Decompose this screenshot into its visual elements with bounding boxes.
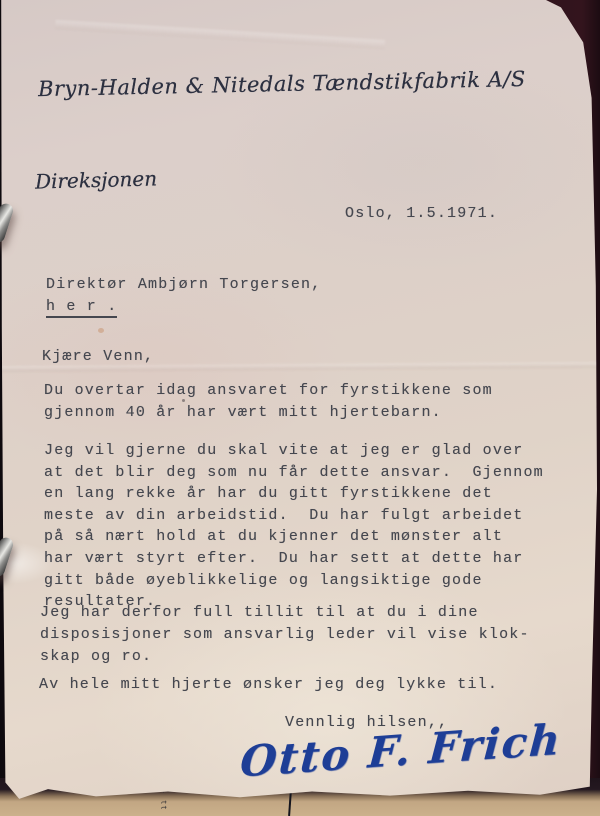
letter-paper: Bryn-Halden & Nitedals Tændstikfabrik A/…: [0, 0, 600, 816]
body-paragraph-1: Du overtar idag ansvaret for fyrstikkene…: [44, 380, 493, 424]
body-paragraph-4: Av hele mitt hjerte ønsker jeg deg lykke…: [39, 674, 498, 696]
photo-of-letter: x- tt Bryn-Halden & Nitedals Tændstikfab…: [0, 0, 600, 816]
body-paragraph-3: Jeg har derfor full tillit til at du i d…: [40, 602, 530, 667]
dateline: Oslo, 1.5.1971.: [345, 203, 498, 225]
paper-crease-top: [55, 20, 385, 49]
recipient-name: Direktør Ambjørn Torgersen,: [46, 274, 321, 296]
recipient-location-underlined: h e r .: [46, 298, 117, 318]
letterhead-department: Direksjonen: [35, 166, 158, 193]
salutation: Kjære Venn,: [42, 346, 154, 368]
paper-stain: [98, 328, 104, 333]
letterhead-company: Bryn-Halden & Nitedals Tændstikfabrik A/…: [38, 67, 526, 101]
body-paragraph-2: Jeg vil gjerne du skal vite at jeg er gl…: [44, 440, 544, 613]
recipient-location: h e r .: [46, 296, 117, 318]
